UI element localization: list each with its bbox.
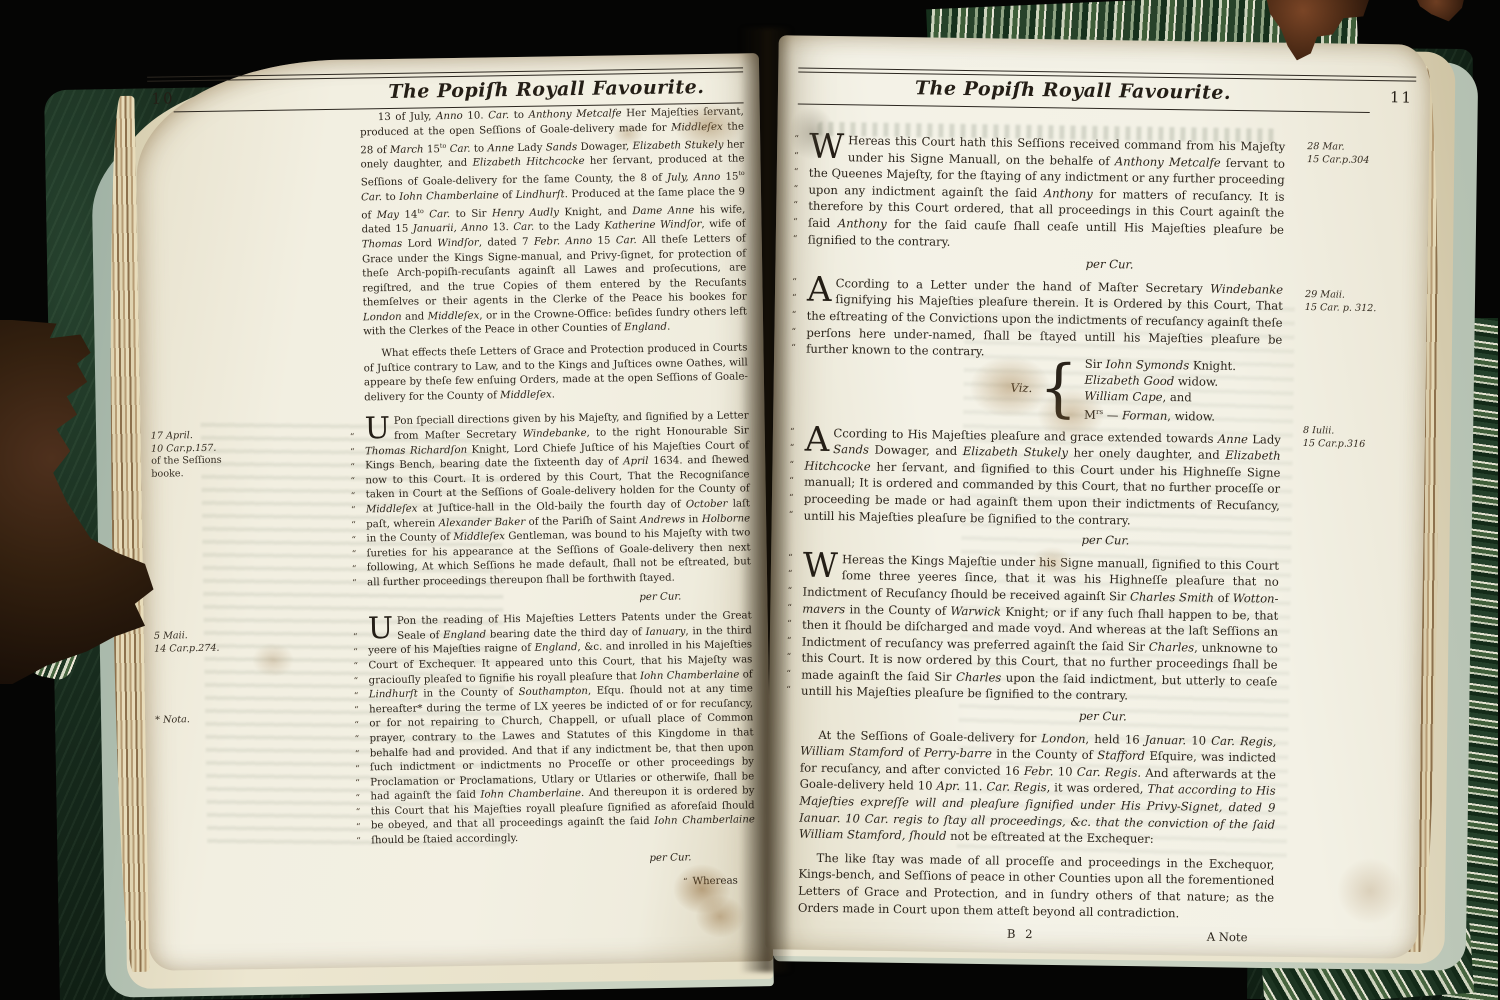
viz-item: Mrs — Forman, widow. xyxy=(1084,404,1235,425)
paragraph-text: Pon ſpeciall directions given by his Maj… xyxy=(365,411,751,589)
running-title: The Popiſh Royall Favourite. xyxy=(350,75,742,103)
per-cur: per Cur. xyxy=(801,704,1277,728)
drop-cap: W xyxy=(809,132,848,162)
drop-cap: W xyxy=(803,550,842,580)
paragraph-text: Ccording to His Majeſties pleaſure and g… xyxy=(804,426,1281,527)
margin-note: 5 Maii. 14 Car.p.274. xyxy=(154,629,258,656)
quote-marks-column: “““““““““““““““““““ xyxy=(353,631,361,850)
viz-items: Sir Iohn Symonds Knight. Elizabeth Good … xyxy=(1084,356,1236,425)
per-cur: per Cur. xyxy=(371,850,755,871)
margin-note: 8 Iulii. 15 Car.p.316 xyxy=(1303,425,1407,452)
margin-note: 28 Mar. 15 Car.p.304 xyxy=(1307,141,1411,168)
paragraph-text: 13 of July, Anno 10. Car. to Anthony Met… xyxy=(360,106,747,337)
header-rule-bottom xyxy=(798,104,1370,113)
page-number: 10 xyxy=(151,89,174,107)
margin-note-line: 15 Car. p. 312. xyxy=(1305,302,1409,316)
margin-note-line: booke. xyxy=(151,467,255,481)
paragraph: 13 of July, Anno 10. Car. to Anthony Met… xyxy=(360,105,748,340)
paragraph-text: What effects theſe Letters of Grace and … xyxy=(364,342,748,403)
paragraph-text: Pon the reading of His Majeſties Letters… xyxy=(368,611,755,847)
catchword-line: “Whereas xyxy=(372,875,756,896)
viz-item: Elizabeth Good widow. xyxy=(1084,372,1235,390)
text-column-left: 13 of July, Anno 10. Car. to Anthony Met… xyxy=(360,105,756,895)
signature-mark: B 2 xyxy=(1007,926,1036,943)
viz-label: Viz. xyxy=(1010,380,1032,397)
paragraph-text: Hereas the Kings Majeſtie under his Sign… xyxy=(801,552,1279,703)
per-cur: per Cur. xyxy=(367,589,751,610)
paragraph: What effects theſe Letters of Grace and … xyxy=(363,341,748,405)
paragraph: A Ccording to His Majeſties pleaſure and… xyxy=(804,424,1281,531)
catchword: A Note xyxy=(1207,929,1248,946)
quote-marks-column: “““““““ xyxy=(793,131,799,247)
catchword: Whereas xyxy=(692,876,737,888)
page-number: 11 xyxy=(1390,88,1413,106)
drop-cap: A xyxy=(807,274,836,304)
paragraph-text: Ccording to a Letter under the hand of M… xyxy=(806,276,1283,359)
paragraph: At the Seſſions of Goale-delivery for Lo… xyxy=(799,726,1277,849)
paragraph: U Pon ſpeciall directions given by his M… xyxy=(364,410,751,591)
signature-line: B 2 A Note xyxy=(797,923,1273,948)
viz-list: Viz. { Sir Iohn Symonds Knight. Elizabet… xyxy=(1010,354,1282,425)
paragraph: The like ſtay was made of all proceſſe a… xyxy=(798,849,1275,922)
margin-note-line: 15 Car.p.316 xyxy=(1303,438,1407,452)
paragraph: W Hereas this Court hath this Seſſions r… xyxy=(808,132,1286,255)
drop-cap: A xyxy=(805,424,834,454)
per-cur: per Cur. xyxy=(803,528,1279,552)
drop-cap: U xyxy=(368,615,398,642)
paragraph-text: At the Seſſions of Goale-delivery for Lo… xyxy=(799,728,1277,847)
book-photo: 10 The Popiſh Royall Favourite. 17 April… xyxy=(0,0,1500,1000)
gutter-shadow xyxy=(740,28,792,972)
margin-note-line: 29 Maii. xyxy=(1305,289,1409,303)
paragraph: W Hereas the Kings Majeſtie under his Si… xyxy=(801,550,1279,706)
viz-brace: { xyxy=(1039,357,1078,421)
paragraph-text: The like ſtay was made of all proceſſe a… xyxy=(798,851,1275,920)
drop-cap: U xyxy=(364,415,394,442)
running-title: The Popiſh Royall Favourite. xyxy=(838,76,1308,105)
margin-note: 29 Maii. 15 Car. p. 312. xyxy=(1305,289,1409,316)
margin-note-line: * Nota. xyxy=(155,713,259,727)
margin-note-line: 15 Car.p.304 xyxy=(1307,154,1411,168)
text-column-right: W Hereas this Court hath this Seſſions r… xyxy=(797,132,1285,948)
margin-note-line: 14 Car.p.274. xyxy=(154,642,258,656)
quote-marks: “ xyxy=(683,878,689,888)
margin-note: * Nota. xyxy=(155,713,259,727)
margin-note: 17 April. 10 Car.p.157. of the Seſſions … xyxy=(151,429,256,481)
viz-item: William Cape, and xyxy=(1084,388,1235,406)
metal-clasp-top-right-small xyxy=(1415,0,1470,25)
margin-note-line: 28 Mar. xyxy=(1307,141,1411,155)
quote-marks-column: “““““““““““““ xyxy=(350,431,357,591)
page-left: 10 The Popiſh Royall Favourite. 17 April… xyxy=(135,53,773,971)
paragraph-text: Hereas this Court hath this Seſſions rec… xyxy=(808,133,1286,248)
per-cur: per Cur. xyxy=(807,252,1283,276)
margin-note-line: 8 Iulii. xyxy=(1303,425,1407,439)
paragraph: U Pon the reading of His Majeſties Lette… xyxy=(368,610,756,850)
page-right: The Popiſh Royall Favourite. 11 28 Mar. … xyxy=(765,35,1430,959)
